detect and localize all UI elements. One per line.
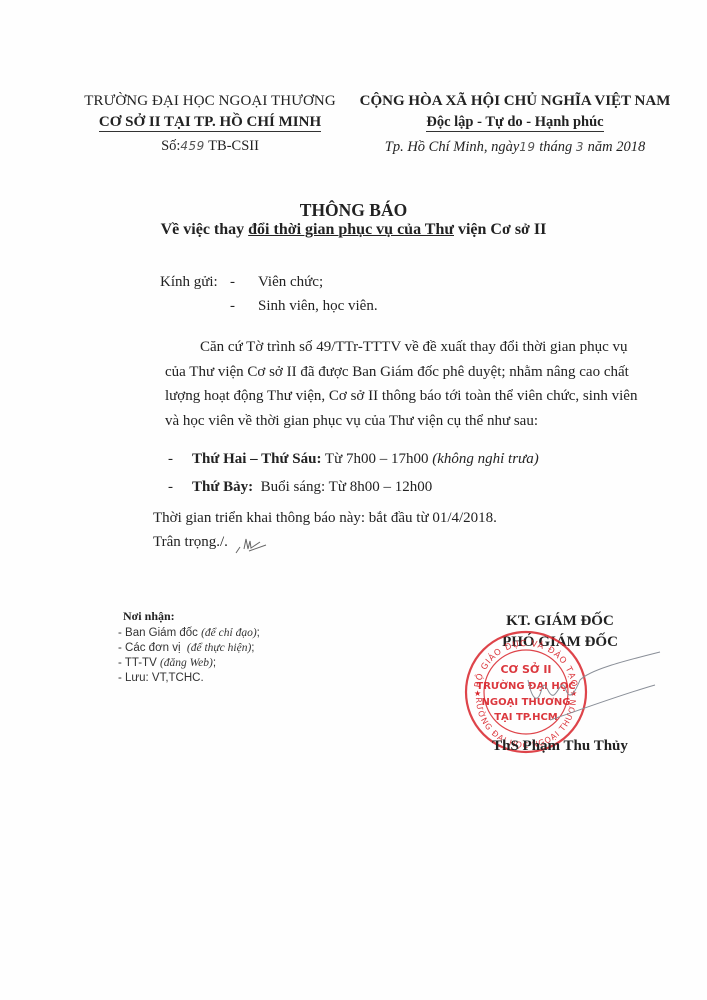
distribution-title: Nơi nhận: [123, 609, 175, 624]
branch-name: CƠ SỞ II TẠI TP. HỒ CHÍ MINH [60, 112, 360, 133]
body-paragraph: Căn cứ Tờ trình số 49/TTr-TTTV về đề xuấ… [165, 335, 585, 433]
country-name: CỘNG HÒA XÃ HỘI CHỦ NGHĨA VIỆT NAM [345, 91, 685, 112]
distribution-item: - Ban Giám đốc (để chỉ đạo); [118, 627, 260, 639]
document-title: THÔNG BÁO [0, 200, 707, 221]
recipient-item: -Sinh viên, học viên. [230, 298, 378, 315]
document-subtitle: Về việc thay đổi thời gian phục vụ của T… [0, 221, 707, 239]
issuer-header: TRƯỜNG ĐẠI HỌC NGOẠI THƯƠNG CƠ SỞ II TẠI… [60, 91, 360, 133]
handwritten-day: 19 [519, 140, 535, 154]
signatory-name: ThS Phạm Thu Thủy [470, 738, 650, 755]
schedule-weekdays: -Thứ Hai – Thứ Sáu: Từ 7h00 – 17h00 (khô… [168, 451, 539, 468]
distribution-item: - Lưu: VT,TCHC. [118, 672, 204, 684]
recipient-item: -Viên chức; [230, 274, 323, 291]
document-number: Số:459 TB-CSII [60, 138, 360, 155]
document-page: TRƯỜNG ĐẠI HỌC NGOẠI THƯƠNG CƠ SỞ II TẠI… [0, 0, 707, 1000]
initials-signature-icon [234, 535, 274, 555]
national-header: CỘNG HÒA XÃ HỘI CHỦ NGHĨA VIỆT NAM Độc l… [345, 91, 685, 133]
recipients-label: Kính gửi: [160, 274, 218, 291]
handwritten-signature-icon [520, 650, 670, 730]
document-date: Tp. Hồ Chí Minh, ngày19 tháng 3 năm 2018 [345, 139, 685, 156]
national-motto: Độc lập - Tự do - Hạnh phúc [345, 112, 685, 133]
handwritten-month: 3 [576, 140, 584, 154]
organization-name: TRƯỜNG ĐẠI HỌC NGOẠI THƯƠNG [60, 91, 360, 112]
schedule-saturday: -Thứ Bảy: Buổi sáng: Từ 8h00 – 12h00 [168, 479, 432, 496]
distribution-item: - Các đơn vị (để thực hiện); [118, 642, 255, 654]
handwritten-number: 459 [180, 139, 204, 153]
effective-date: Thời gian triển khai thông báo này: bắt … [153, 510, 497, 527]
closing-regards: Trân trọng./. [153, 534, 228, 551]
distribution-item: - TT-TV (đăng Web); [118, 657, 216, 669]
